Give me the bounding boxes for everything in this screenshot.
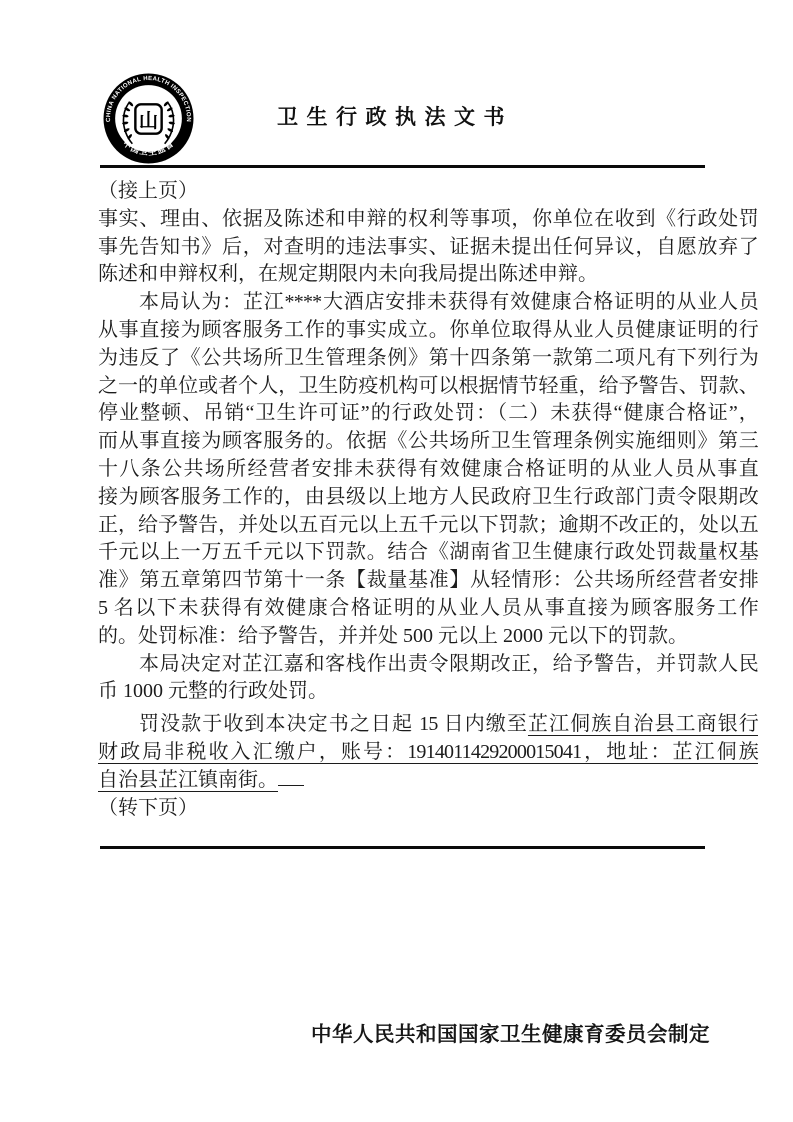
body-line: 的。处罚标准：给予警告，并并处 500 元以上 2000 元以下的罚款。 xyxy=(98,623,758,651)
document-page: CHINA NATIONAL HEALTH INSPECTION 中国卫生监督 … xyxy=(0,0,793,1122)
body-line: 从事直接为顾客服务工作的事实成立。你单位取得从业人员健康证明的行 xyxy=(98,317,758,345)
body-line: 本局认为：芷江****大酒店安排未获得有效健康合格证明的从业人员 xyxy=(98,289,758,317)
body-line: 本局决定对芷江嘉和客栈作出责令限期改正，给予警告，并罚款人民 xyxy=(98,651,758,679)
health-inspection-seal-icon: CHINA NATIONAL HEALTH INSPECTION 中国卫生监督 … xyxy=(103,73,194,164)
body-line: 接为顾客服务工作的，由县级以上地方人民政府卫生行政部门责令限期改 xyxy=(98,484,758,512)
body-line: 十八条公共场所经营者安排未获得有效健康合格证明的从业人员从事直 xyxy=(98,456,758,484)
continued-to-next-page-marker: （转下页） xyxy=(98,795,758,823)
body-line: 事先告知书》后，对查明的违法事实、证据未提出任何异议，自愿放弃了 xyxy=(98,234,758,262)
body-line: 准》第五章第四节第十一条【裁量基准】从轻情形：公共场所经营者安排 xyxy=(98,567,758,595)
body-line: 为违反了《公共场所卫生管理条例》第十四条第一款第二项凡有下列行为 xyxy=(98,345,758,373)
body-line: 陈述和申辩权利，在规定期限内未向我局提出陈述申辩。 xyxy=(98,261,758,289)
payment-account-line: 财政局非税收入汇缴户，账号：1914011429200015041，地址：芷江侗… xyxy=(98,739,758,767)
footer-divider xyxy=(100,846,705,849)
body-line: 停业整顿、吊销“卫生许可证”的行政处罚：（二）未获得“健康合格证”， xyxy=(98,400,758,428)
body-line: 正，给予警告，并处以五百元以上五千元以下罚款；逾期不改正的，处以五 xyxy=(98,512,758,540)
body-line: 币 1000 元整的行政处罚。 xyxy=(98,678,758,706)
body-line: 事实、理由、依据及陈述和申辩的权利等事项，你单位在收到《行政处罚 xyxy=(98,206,758,234)
body-line: 之一的单位或者个人，卫生防疫机构可以根据情节轻重，给予警告、罚款、 xyxy=(98,373,758,401)
seal-center-emblem: 山 xyxy=(139,110,158,132)
payment-instruction-plain: 罚没款于收到本决定书之日起 15 日内缴至 xyxy=(139,713,528,735)
body-line: 5 名以下未获得有效健康合格证明的从业人员从事直接为顾客服务工作 xyxy=(98,595,758,623)
body-line: 而从事直接为顾客服务的。依据《公共场所卫生管理条例实施细则》第三 xyxy=(98,428,758,456)
payment-address-underlined: 自治县芷江镇南街。 xyxy=(98,769,278,791)
header-divider xyxy=(100,165,705,168)
document-body: （接上页） 事实、理由、依据及陈述和申辩的权利等事项，你单位在收到《行政处罚 事… xyxy=(98,178,758,822)
payment-bank-underlined: 芷江侗族自治县工商银行 xyxy=(528,713,758,735)
document-type-title: 卫生行政执法文书 xyxy=(277,101,513,131)
payment-address-line: 自治县芷江镇南街。 xyxy=(98,767,758,795)
payment-instruction-line: 罚没款于收到本决定书之日起 15 日内缴至芷江侗族自治县工商银行 xyxy=(98,711,758,739)
body-line: 千元以上一万五千元以下罚款。结合《湖南省卫生健康行政处罚裁量权基 xyxy=(98,539,758,567)
underline-tail xyxy=(278,781,304,786)
issuing-authority-footer: 中华人民共和国国家卫生健康育委员会制定 xyxy=(0,1017,710,1047)
continued-from-previous-page-marker: （接上页） xyxy=(98,178,758,206)
payment-account-underlined: 财政局非税收入汇缴户，账号：1914011429200015041，地址：芷江侗… xyxy=(98,741,758,763)
